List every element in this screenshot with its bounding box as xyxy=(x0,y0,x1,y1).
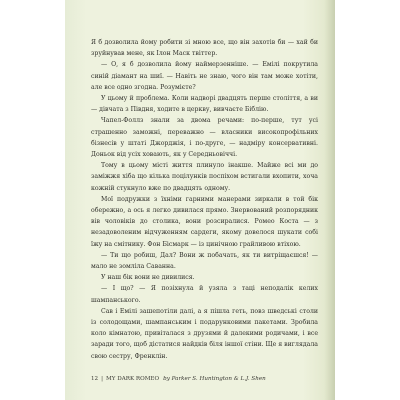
book-title: MY DARK ROMEO xyxy=(106,376,159,382)
footer-separator: | xyxy=(101,376,103,382)
paragraph: Сав і Емілі зашепотіли далі, а я пішла г… xyxy=(91,306,318,362)
page-body-text: Я б дозволила йому робити зі мною все, щ… xyxy=(91,37,318,362)
paragraph: — Ти що робиш, Дал? Вони ж побачать, як … xyxy=(91,250,318,272)
paragraph: У цьому й проблема. Коли надворі двадцят… xyxy=(91,93,318,115)
paragraph: Я б дозволила йому робити зі мною все, щ… xyxy=(91,37,318,59)
book-authors: by Parker S. Huntington & L.J. Shen xyxy=(163,376,266,382)
paragraph: Мої подружки з їхніми гарними манерами з… xyxy=(91,194,318,250)
paragraph: — О, я б дозволила йому наймерзенніше. —… xyxy=(91,59,318,93)
paragraph: — І що? — Я позіхнула й узяла з таці неп… xyxy=(91,283,318,305)
paragraph: У наш бік вони не дивилися. xyxy=(91,272,318,283)
page-number: 12 xyxy=(91,376,98,382)
paragraph: Чапел-Фоллз знали за двома речами: по-пе… xyxy=(91,115,318,160)
book-page: Я б дозволила йому робити зі мною все, щ… xyxy=(65,0,335,400)
page-footer: 12|MY DARK ROMEOby Parker S. Huntington … xyxy=(91,376,266,382)
paragraph: Тому в цьому місті життя плинуло інакше.… xyxy=(91,160,318,194)
